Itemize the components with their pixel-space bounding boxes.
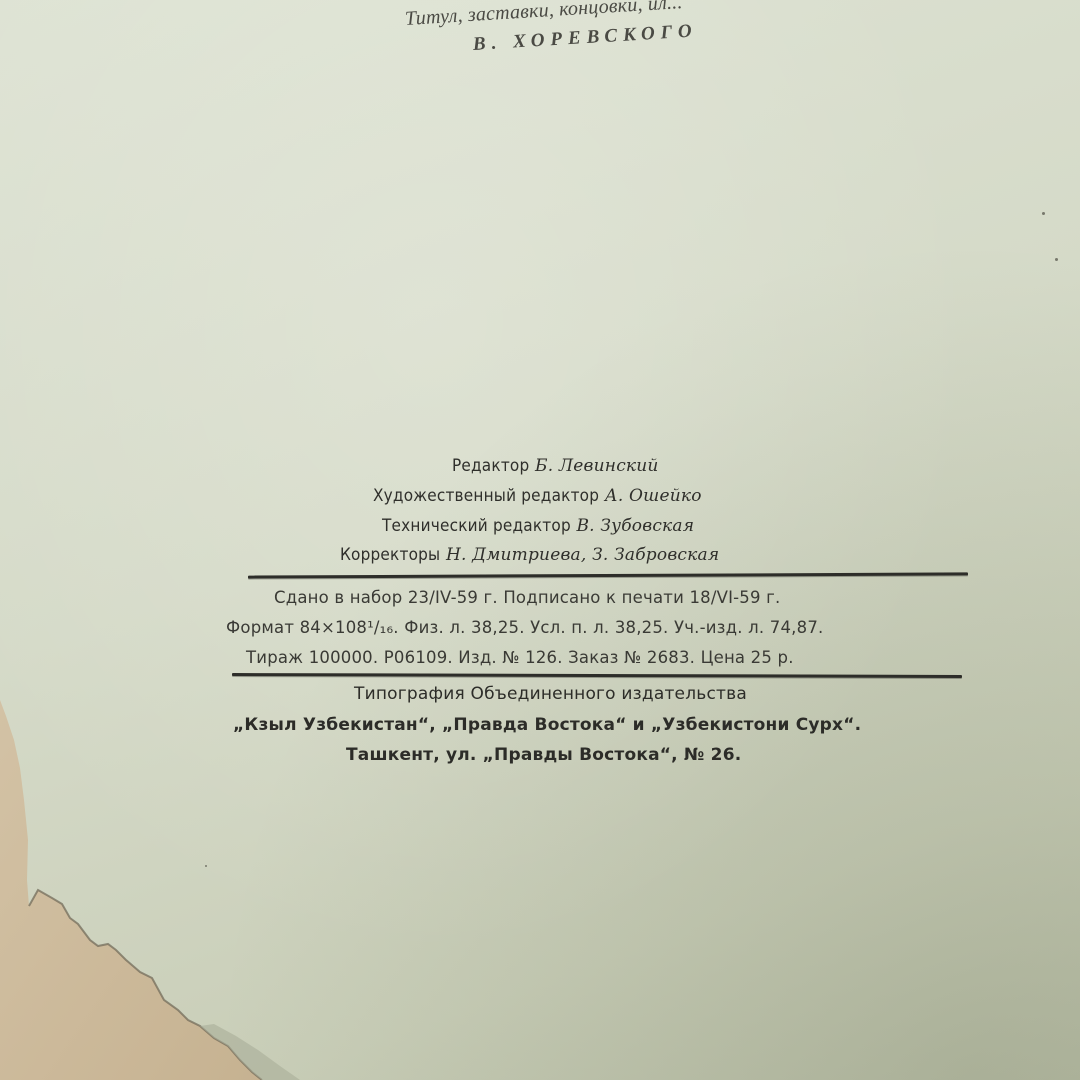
divider-rule-top (248, 572, 968, 578)
paper-speck (1042, 212, 1045, 215)
credit-name: В. Зубовская (576, 516, 694, 536)
credit-proofreaders: Корректоры Н. Дмитриева, З. Забровская (340, 545, 719, 565)
imprint-format: Формат 84×108¹/₁₆. Физ. л. 38,25. Усл. п… (226, 618, 823, 637)
printer-publishers: „Кзыл Узбекистан“, „Правда Востока“ и „У… (233, 715, 861, 735)
paper-surface (0, 0, 1080, 1080)
credit-name: Н. Дмитриева, З. Забровская (446, 545, 719, 565)
illustrator-name: В. ХОРЕВСКОГО (472, 20, 698, 56)
paper-speck (205, 865, 207, 867)
paper-speck (1055, 258, 1058, 261)
credit-name: А. Ошейко (605, 486, 702, 506)
credit-role: Художественный редактор (373, 486, 599, 506)
printer-name: Типография Объединенного издательства (354, 684, 747, 704)
imprint-print-run: Тираж 100000. Р06109. Изд. № 126. Заказ … (246, 648, 794, 667)
credit-technical-editor: Технический редактор В. Зубовская (382, 516, 694, 536)
credit-role: Корректоры (340, 545, 440, 565)
credit-editor: Редактор Б. Левинский (452, 456, 659, 476)
imprint-dates: Сдано в набор 23/IV-59 г. Подписано к пе… (274, 588, 780, 607)
credit-name: Б. Левинский (535, 456, 659, 476)
torn-page-corner (0, 0, 1080, 1080)
printer-address: Ташкент, ул. „Правды Востока“, № 26. (346, 745, 741, 765)
credit-role: Редактор (452, 456, 529, 476)
credit-art-editor: Художественный редактор А. Ошейко (373, 486, 702, 506)
credit-role: Технический редактор (382, 516, 571, 536)
divider-rule-bottom (232, 673, 962, 678)
